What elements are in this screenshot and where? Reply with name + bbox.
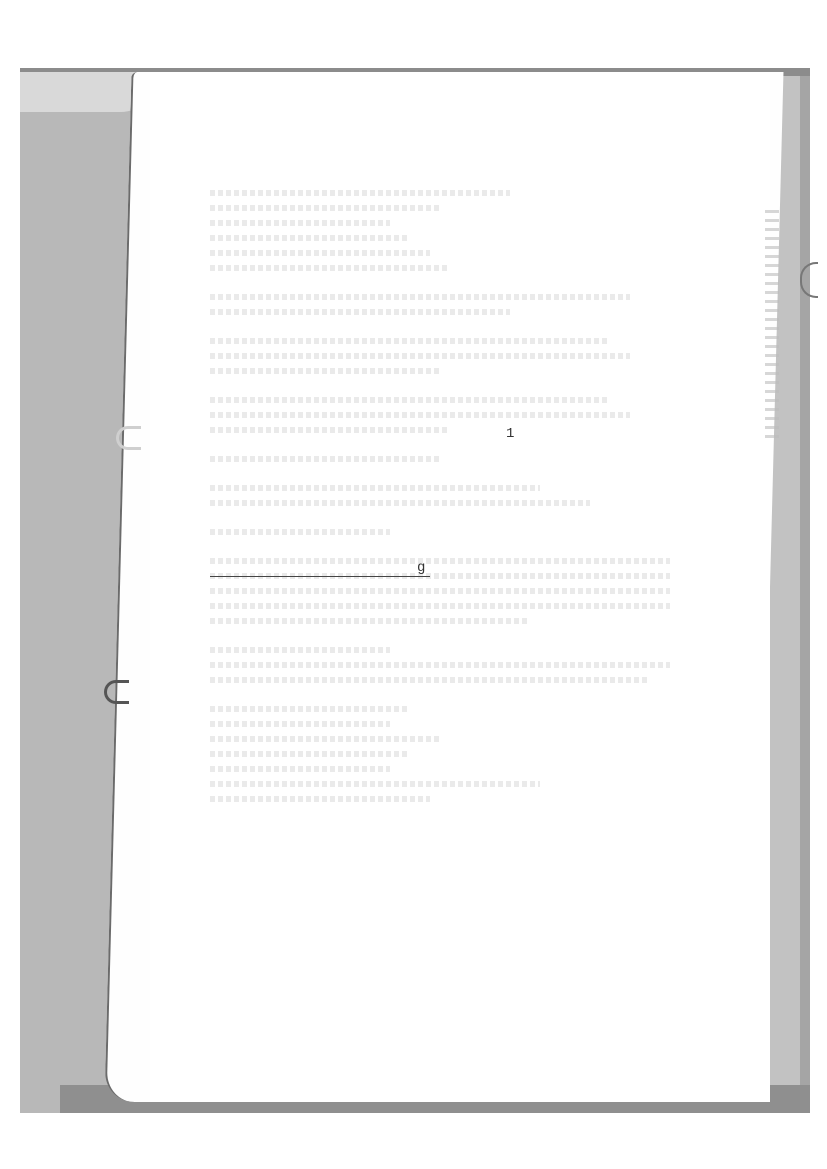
text-line bbox=[210, 309, 510, 315]
text-line bbox=[210, 781, 540, 787]
text-line bbox=[210, 647, 390, 653]
text-line bbox=[210, 677, 650, 683]
binder-ring-icon bbox=[104, 680, 129, 704]
margin-notes bbox=[765, 210, 779, 440]
text-line bbox=[210, 588, 670, 594]
legible-mark-1: 1 bbox=[506, 426, 514, 442]
text-line bbox=[210, 662, 670, 668]
text-line bbox=[210, 397, 610, 403]
text-line bbox=[210, 751, 410, 757]
text-line bbox=[210, 603, 670, 609]
binder-ring-icon bbox=[116, 426, 141, 450]
text-line bbox=[210, 766, 390, 772]
text-line bbox=[210, 485, 540, 491]
text-line bbox=[210, 558, 670, 564]
text-line bbox=[210, 618, 530, 624]
text-line bbox=[210, 250, 430, 256]
text-line bbox=[210, 456, 440, 462]
text-line bbox=[210, 220, 390, 226]
text-line bbox=[210, 529, 390, 535]
text-line bbox=[210, 368, 440, 374]
text-line bbox=[210, 294, 630, 300]
text-line bbox=[210, 706, 410, 712]
text-line bbox=[210, 265, 450, 271]
text-line bbox=[210, 796, 430, 802]
text-line bbox=[210, 235, 410, 241]
text-line bbox=[210, 338, 610, 344]
faded-text-body bbox=[210, 190, 680, 825]
heading-underline bbox=[210, 576, 430, 577]
legible-mark-g: g bbox=[417, 560, 425, 576]
text-line bbox=[210, 353, 630, 359]
text-line bbox=[210, 736, 440, 742]
text-line bbox=[210, 412, 630, 418]
text-line bbox=[210, 190, 510, 196]
text-line bbox=[210, 500, 590, 506]
text-line bbox=[210, 721, 390, 727]
right-edge-shadow bbox=[800, 76, 810, 1111]
text-line bbox=[210, 427, 450, 433]
text-line bbox=[210, 205, 440, 211]
